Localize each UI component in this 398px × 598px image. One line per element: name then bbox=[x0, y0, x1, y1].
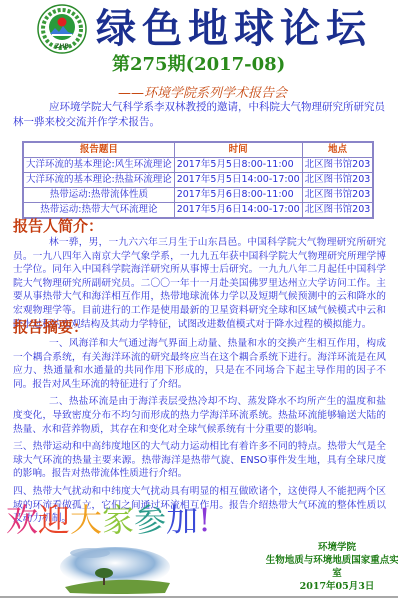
abstract-paragraph-1: 一、风海洋和大气通过海气界面上动量、热量和水的交换产生相互作用，构成一个耦合系统… bbox=[13, 337, 386, 391]
table-row: 大洋环流的基本理论:风生环流理论 2017年5月5日8:00-11:00 北区图… bbox=[23, 158, 373, 173]
abstract-paragraph-2: 二、热盐环流是由于海洋表层受热冷却不均、蒸发降水不均所产生的温度和盐度变化，导致… bbox=[13, 395, 386, 436]
signature-org: 环境学院 bbox=[262, 541, 398, 554]
welcome-char: ! bbox=[198, 500, 211, 540]
time-cell: 2017年5月5日8:00-11:00 bbox=[174, 158, 302, 173]
time-cell: 2017年5月6日14:00-17:00 bbox=[174, 203, 302, 219]
intro-text: 应环境学院大气科学系李双林教授的邀请，中科院大气物理研究所研究员林一骅来校交流并… bbox=[13, 100, 386, 130]
table-row: 热带运动:热带流体性质 2017年5月6日8:00-11:00 北区图书馆203 bbox=[23, 188, 373, 203]
table-header-row: 报告题目 时间 地点 bbox=[23, 142, 373, 158]
welcome-char: 参 bbox=[134, 500, 166, 540]
welcome-banner: 欢迎大家参加! bbox=[6, 500, 211, 540]
welcome-char: 大 bbox=[70, 500, 102, 540]
welcome-char: 欢 bbox=[6, 500, 38, 540]
welcome-char: 家 bbox=[102, 500, 134, 540]
header-topic: 报告题目 bbox=[23, 142, 174, 158]
table-row: 大洋环流的基本理论:热盐环流理论 2017年5月5日14:00-17:00 北区… bbox=[23, 173, 373, 188]
location-cell: 北区图书馆203 bbox=[302, 158, 373, 173]
table-row: 热带运动:热带大气环流理论 2017年5月6日14:00-17:00 北区图书馆… bbox=[23, 203, 373, 219]
welcome-char: 加 bbox=[166, 500, 198, 540]
signature-block: 环境学院 生物地质与环境地质国家重点实验室 2017年05月3日 bbox=[262, 541, 398, 593]
issue-number: 第275期(2017-08) bbox=[112, 54, 285, 76]
bio-text: 林一骅，男，一九六六年三月生于山东昌邑。中国科学院大气物理研究所研究员。一九八四… bbox=[13, 236, 386, 331]
landscape-tree-image bbox=[55, 545, 175, 595]
header-time: 时间 bbox=[174, 142, 302, 158]
location-cell: 北区图书馆203 bbox=[302, 203, 373, 219]
topic-cell: 大洋环流的基本理论:风生环流理论 bbox=[23, 158, 174, 173]
topic-cell: 热带运动:热带流体性质 bbox=[23, 188, 174, 203]
abstract-body: 一、风海洋和大气通过海气界面上动量、热量和水的交换产生相互作用，构成一个耦合系统… bbox=[13, 337, 386, 526]
schedule-table: 报告题目 时间 地点 大洋环流的基本理论:风生环流理论 2017年5月5日8:0… bbox=[22, 141, 374, 219]
page-title: 绿色地球论坛 bbox=[96, 3, 372, 55]
signature-date: 2017年05月3日 bbox=[262, 580, 398, 593]
abstract-heading: 报告摘要： bbox=[13, 318, 88, 336]
topic-cell: 热带运动:热带大气环流理论 bbox=[23, 203, 174, 219]
header: ZHB 绿色地球论坛 第275期(2017-08) bbox=[0, 0, 398, 58]
zhb-logo-icon: ZHB bbox=[37, 4, 87, 54]
time-cell: 2017年5月5日14:00-17:00 bbox=[174, 173, 302, 188]
bio-heading: 报告人简介： bbox=[13, 217, 103, 235]
abstract-paragraph-3: 三、热带运动和中高纬度地区的大气动力运动相比有着许多不同的特点。热带大气是全球大… bbox=[13, 440, 386, 481]
signature-lab: 生物地质与环境地质国家重点实验室 bbox=[262, 554, 398, 580]
time-cell: 2017年5月6日8:00-11:00 bbox=[174, 188, 302, 203]
header-location: 地点 bbox=[302, 142, 373, 158]
welcome-char: 迎 bbox=[38, 500, 70, 540]
location-cell: 北区图书馆203 bbox=[302, 173, 373, 188]
topic-cell: 大洋环流的基本理论:热盐环流理论 bbox=[23, 173, 174, 188]
location-cell: 北区图书馆203 bbox=[302, 188, 373, 203]
svg-text:ZHB: ZHB bbox=[55, 43, 69, 50]
